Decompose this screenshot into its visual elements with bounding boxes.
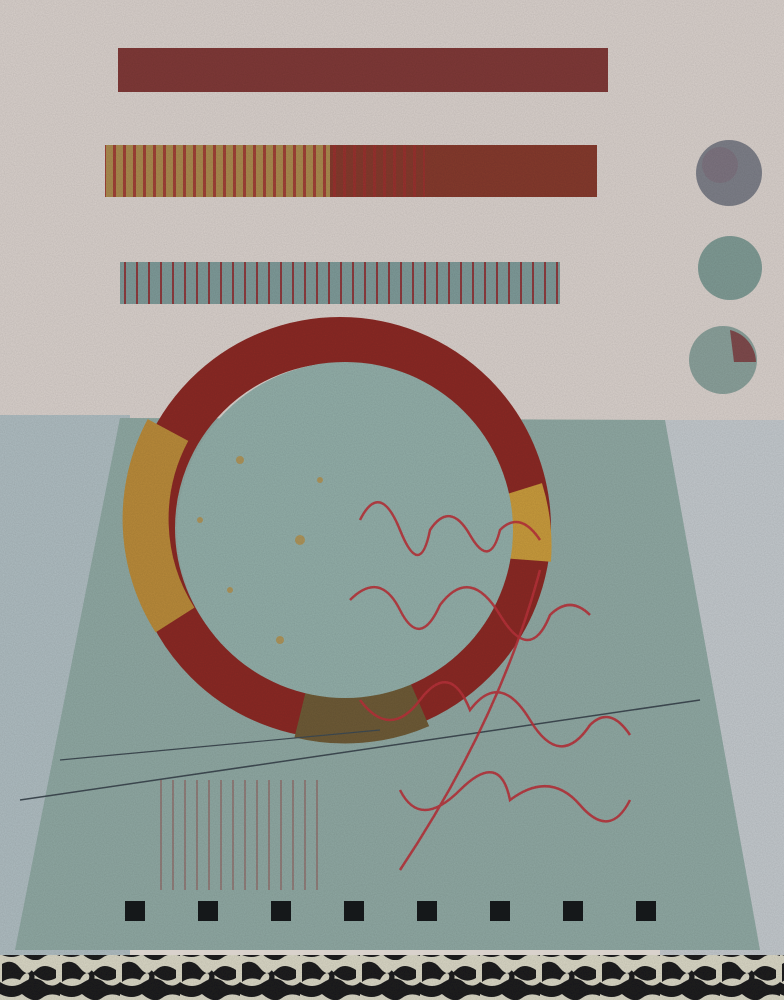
small-square (198, 901, 218, 921)
small-square (125, 901, 145, 921)
small-square (344, 901, 364, 921)
artwork-canvas (0, 0, 784, 1000)
inner-disc (177, 362, 513, 698)
collage-painting (0, 0, 784, 1000)
small-square (563, 901, 583, 921)
small-square (490, 901, 510, 921)
bottom-strip (0, 955, 784, 1000)
side-dot-2 (698, 236, 762, 300)
small-square (417, 901, 437, 921)
small-square (636, 901, 656, 921)
small-square (271, 901, 291, 921)
